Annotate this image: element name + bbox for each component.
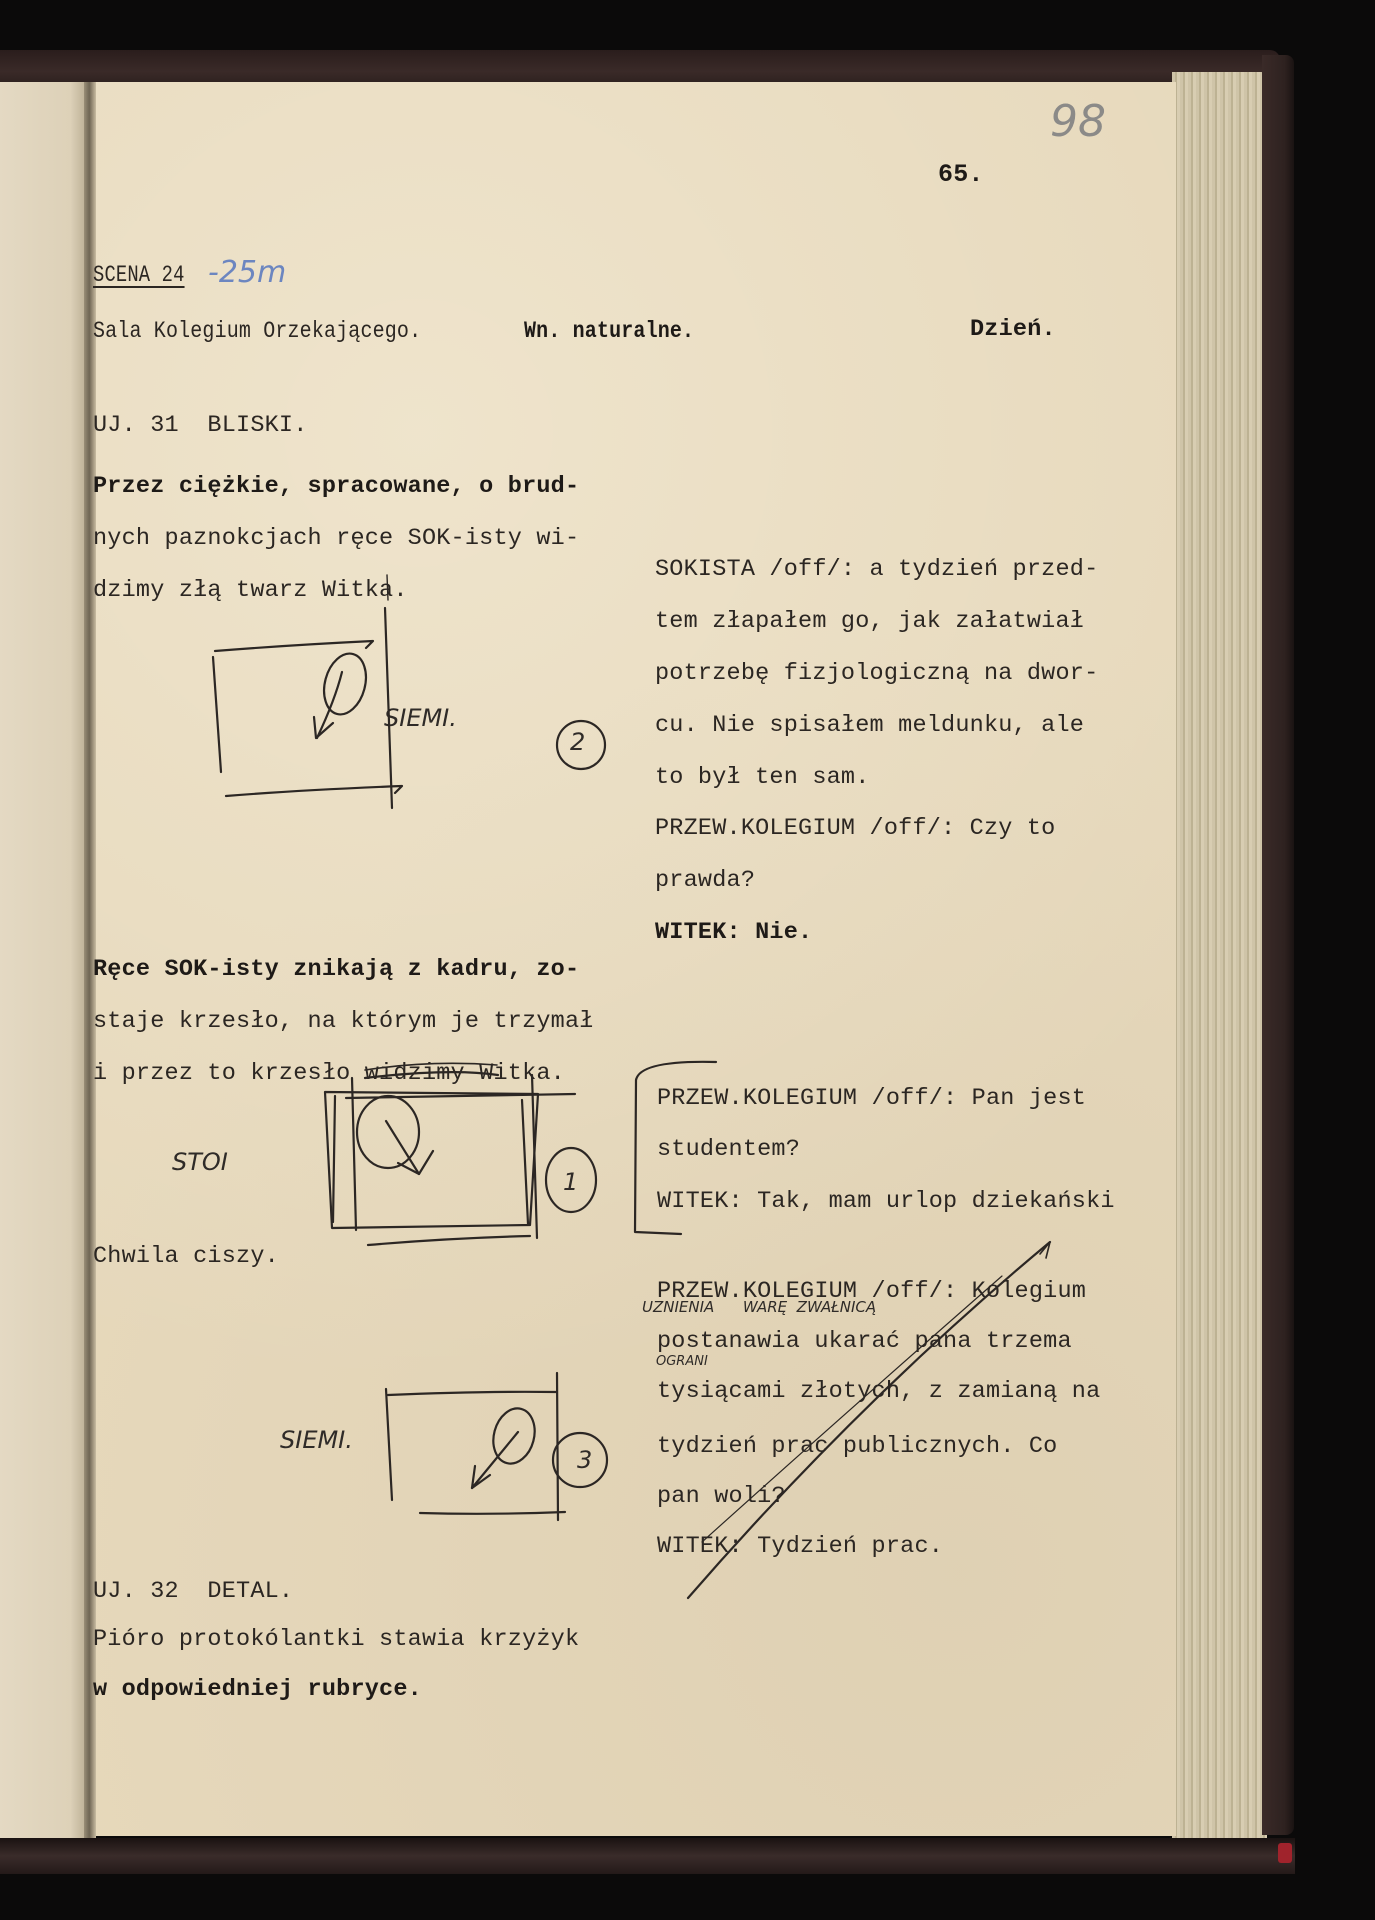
sketch-3-frame-icon (386, 1373, 607, 1520)
handdrawn-annotations (0, 0, 1375, 1920)
strike-through-line (688, 1242, 1050, 1598)
sketch-1-frame-icon (325, 1072, 596, 1245)
strike-through-line (702, 1276, 1002, 1542)
dialogue-bracket (635, 1062, 716, 1234)
sketch-2-frame-icon (213, 608, 605, 808)
